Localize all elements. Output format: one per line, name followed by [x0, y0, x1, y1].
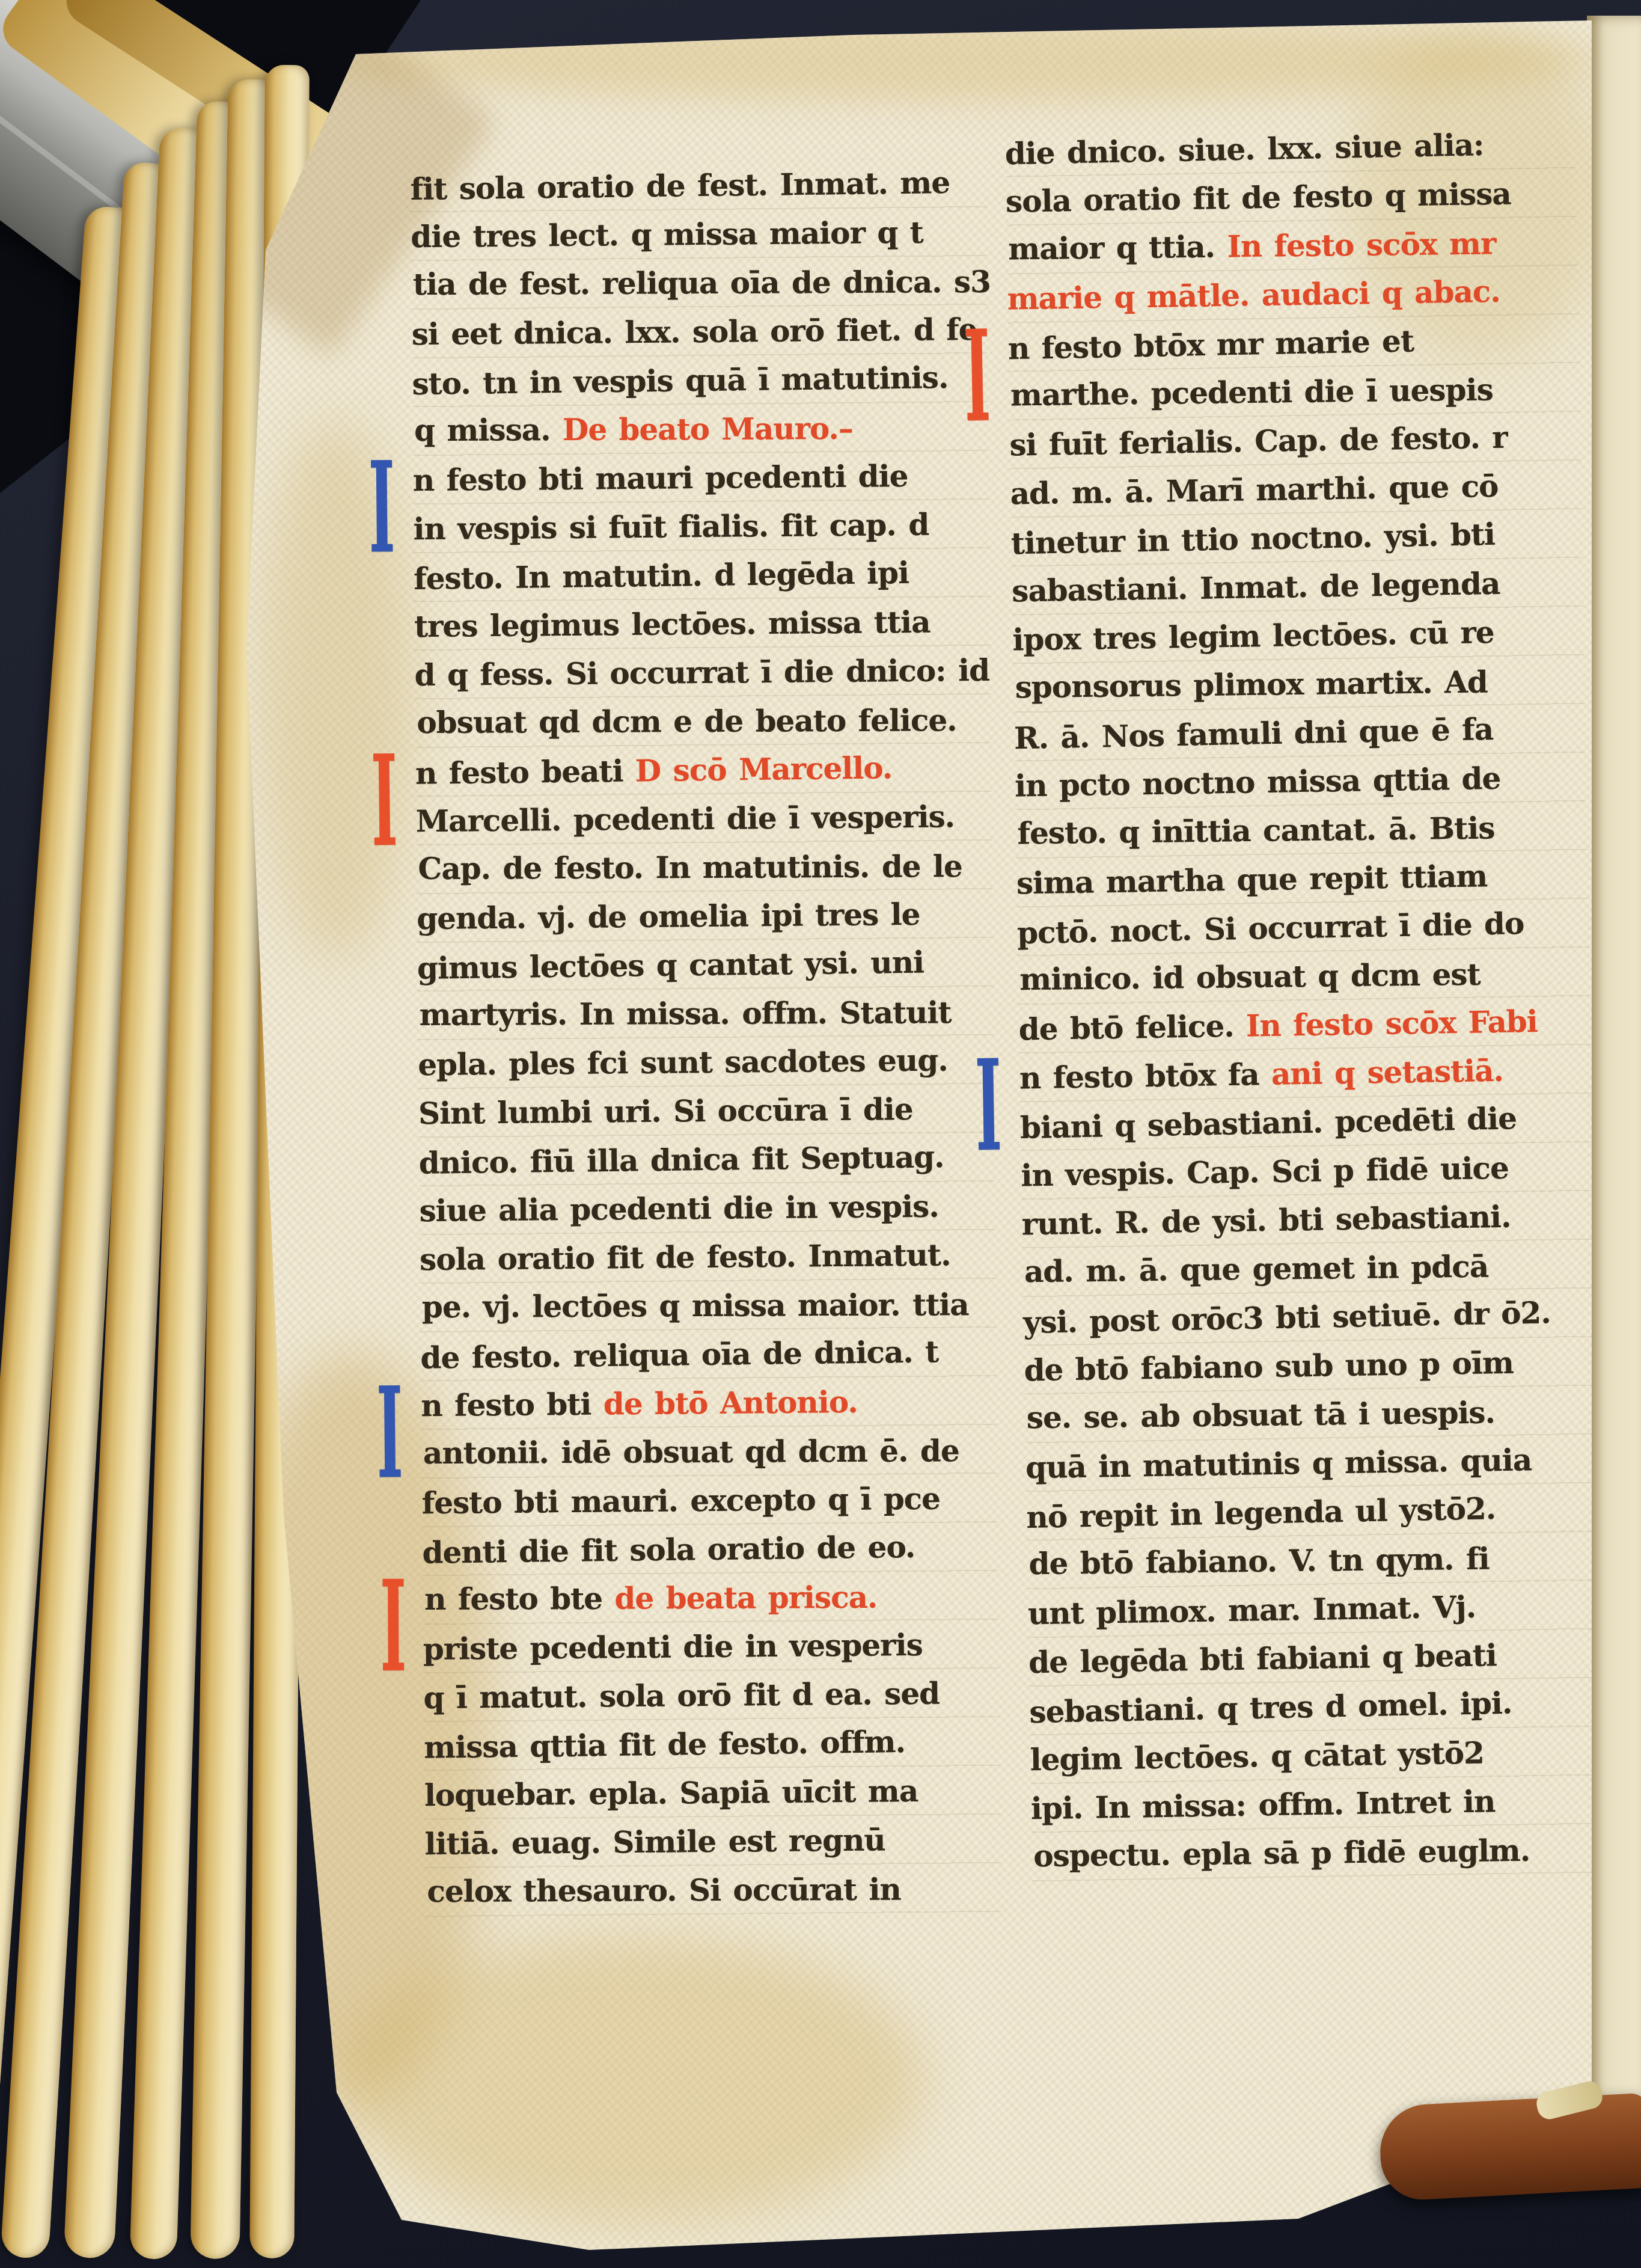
text-line: q ī matut. sola orō fit d ea. sed [423, 1669, 1000, 1722]
text-line: d q fess. Si occurrat ī die dnico: id [414, 646, 991, 699]
text-line: pctō. noct. Si occurrat ī die do [1016, 898, 1588, 957]
text-line: In festo btōx mr marie et [1007, 313, 1579, 373]
text-segment: minico. id obsuat q dcm est [1019, 957, 1481, 998]
leather-binding [1378, 2092, 1641, 2201]
text-segment: nō repit in legenda ul ystō2. [1026, 1491, 1496, 1535]
text-line: fit sola oratio de fest. Inmat. me [410, 158, 986, 213]
text-line: tia de fest. reliqua oīa de dnica. s3 [413, 257, 989, 308]
text-line: tres legimus lectōes. missa ttia [414, 597, 991, 651]
text-segment: q missa. [414, 412, 563, 448]
manuscript-photo: fit sola oratio de fest. Inmat. medie tr… [0, 0, 1641, 2268]
text-segment: sabastiani. Inmat. de legenda [1012, 566, 1500, 609]
text-segment: de btō Antonio. [604, 1384, 858, 1422]
text-segment: de btō felice. [1018, 1008, 1246, 1047]
text-segment: dnico. fiū illa dnica fit Septuag. [418, 1139, 944, 1181]
text-line: In festo bti de btō Antonio. [421, 1376, 997, 1430]
text-line: ad. m. ā. que gemet in pdcā [1024, 1241, 1596, 1296]
text-segment: antonii. idē obsuat qd dcm ē. de [423, 1433, 959, 1471]
text-segment: de legēda bti fabiani q beati [1028, 1637, 1497, 1680]
text-line: Sint lumbi uri. Si occūra ī die [418, 1084, 995, 1138]
text-segment: tinetur in ttio noctno. ysi. bti [1010, 516, 1495, 561]
text-line: de btō fabiano. V. tn qym. fi [1028, 1533, 1600, 1588]
text-line: unt plimox. mar. Inmat. Vj. [1027, 1580, 1599, 1638]
text-segment: d q fess. Si occurrat ī die dnico: id [414, 652, 989, 693]
text-line: maior q ttia. In festo scōx mr [1008, 218, 1580, 274]
text-segment: biani q sebastiani. pcedēti die [1020, 1100, 1517, 1145]
text-segment: in vespis si fuīt fialis. fit cap. d [413, 507, 929, 547]
text-segment: n festo bte [424, 1581, 615, 1617]
text-segment: pctō. noct. Si occurrat ī die do [1017, 906, 1524, 951]
text-segment: siue alia pcedenti die in vespis. [419, 1189, 939, 1229]
text-segment: n festo btōx mr marie et [1007, 323, 1414, 366]
text-segment: n festo beati [415, 753, 635, 791]
text-segment: In festo scōx mr [1227, 225, 1496, 264]
text-segment: loquebar. epla. Sapiā uīcit ma [424, 1773, 918, 1813]
text-segment: ysi. post orōc3 bti setiuē. dr ō2. [1023, 1295, 1551, 1340]
text-line: Marcelli. pcedenti die ī vesperis. [415, 792, 992, 845]
text-segment: q ī matut. sola orō fit d ea. sed [423, 1676, 940, 1715]
text-segment: de beata prisca. [614, 1580, 877, 1616]
text-segment: sponsorus plimox martix. Ad [1015, 664, 1488, 705]
text-segment: ipi. In missa: offm. Intret in [1031, 1783, 1496, 1826]
text-segment: Marcelli. pcedenti die ī vesperis. [416, 798, 955, 839]
text-line: celox thesauro. Si occūrat in [427, 1865, 1003, 1916]
text-segment: in vespis. Cap. Sci p fidē uice [1021, 1150, 1509, 1194]
text-line: loquebar. epla. Sapiā uīcit ma [424, 1766, 1001, 1819]
text-segment: unt plimox. mar. Inmat. Vj. [1027, 1589, 1476, 1632]
text-line: nō repit in legenda ul ystō2. [1026, 1482, 1598, 1542]
text-segment: marie q mātle. audaci q abac. [1007, 274, 1500, 317]
text-line: sponsorus plimox martix. Ad [1015, 657, 1586, 712]
text-line: se. se. ab obsuat tā i uespis. [1026, 1387, 1598, 1442]
text-line: die tres lect. q missa maior q t [411, 207, 987, 261]
text-segment: pe. vj. lectōes q missa maior. ttia [422, 1287, 969, 1325]
text-line: festo. In matutin. d legēda ipi [414, 547, 990, 603]
text-segment: marthe. pcedenti die ī uespis [1010, 372, 1493, 412]
illuminated-initial: I [376, 1379, 403, 1487]
text-line: de festo. reliqua oīa de dnica. t [420, 1326, 997, 1382]
text-segment: ad. m. ā. Marī marthi. que cō [1010, 468, 1499, 512]
text-line: ipi. In missa: offm. Intret in [1030, 1775, 1602, 1833]
text-segment: die dnico. siue. lxx. siue alia: [1004, 127, 1484, 171]
text-line: In festo bte de beata prisca. [424, 1572, 1000, 1623]
text-line: festo. q inīttia cantat. ā. Btis [1017, 803, 1589, 858]
text-segment: sto. tn in vespis quā ī matutinis. [412, 360, 949, 402]
text-segment: quā in matutinis q missa. quia [1025, 1442, 1532, 1485]
text-segment: epla. ples fci sunt sacdotes eug. [418, 1042, 948, 1082]
text-segment: tia de fest. reliqua oīa de dnica. s3 [413, 264, 991, 302]
text-segment: festo bti mauri. excepto q ī pce [421, 1481, 940, 1521]
text-segment: festo. In matutin. d legēda ipi [414, 555, 909, 596]
illuminated-initial: I [974, 1052, 1002, 1160]
text-segment: R. ā. Nos famuli dni que ē fa [1014, 711, 1494, 756]
illuminated-initial: I [371, 747, 398, 855]
text-segment: ipox tres legim lectōes. cū re [1012, 615, 1494, 658]
text-segment: fit sola oratio de fest. Inmat. me [410, 165, 950, 207]
text-segment: n festo bti mauri pcedenti die [413, 458, 908, 498]
text-segment: die tres lect. q missa maior q t [411, 215, 923, 254]
text-line: sola oratio fit de festo q missa [1005, 168, 1577, 226]
text-line: in vespis. Cap. Sci p fidē uice [1021, 1142, 1592, 1200]
text-line: siue alia pcedenti die in vespis. [419, 1182, 995, 1235]
text-line: In festo bti mauri pcedenti die [413, 451, 989, 504]
text-segment: martyris. In missa. offm. Statuit [420, 995, 952, 1032]
text-segment: maior q ttia. [1008, 228, 1227, 266]
text-line: de btō fabiano sub uno p oīm [1024, 1337, 1595, 1394]
text-line: in vespis si fuīt fialis. fit cap. d [413, 500, 989, 553]
text-line: minico. id obsuat q dcm est [1019, 949, 1591, 1004]
text-line: marthe. pcedenti die ī uespis [1010, 364, 1582, 420]
text-segment: obsuat qd dcm e de beato felice. [417, 702, 956, 740]
text-segment: runt. R. de ysi. bti sebastiani. [1021, 1199, 1511, 1242]
text-segment: se. se. ab obsuat tā i uespis. [1027, 1394, 1496, 1435]
text-line: dnico. fiū illa dnica fit Septuag. [418, 1132, 995, 1188]
text-line: In festo beati D scō Marcello. [415, 742, 992, 798]
text-segment: denti die fit sola oratio de eo. [422, 1529, 915, 1571]
text-line: legim lectōes. q cātat ystō2 [1030, 1726, 1601, 1784]
text-line: genda. vj. de omelia ipi tres le [417, 889, 993, 943]
text-column-right: die dnico. siue. lxx. siue alia:sola ora… [1004, 120, 1603, 1882]
text-segment: n festo bti [421, 1387, 604, 1424]
text-line: obsuat qd dcm e de beato felice. [417, 696, 992, 747]
text-segment: D scō Marcello. [635, 750, 893, 788]
text-line: q missa. De beato Mauro.– [414, 403, 990, 455]
text-segment: de btō fabiano. V. tn qym. fi [1028, 1541, 1489, 1582]
text-line: si eet dnica. lxx. sola orō fiet. d fe [411, 305, 988, 358]
text-segment: sola oratio fit de festo q missa [1006, 176, 1512, 219]
text-segment: genda. vj. de omelia ipi tres le [417, 896, 920, 936]
text-line: festo bti mauri. excepto q ī pce [421, 1474, 998, 1527]
text-segment: celox thesauro. Si occūrat in [427, 1872, 901, 1909]
text-line: antonii. idē obsuat qd dcm ē. de [423, 1426, 999, 1477]
text-segment: si eet dnica. lxx. sola orō fiet. d fe [412, 311, 977, 352]
text-line: Cap. de festo. In matutinis. de le [418, 842, 994, 893]
text-segment: priste pcedenti die in vesperis [423, 1627, 923, 1667]
text-segment: De beato Mauro.– [563, 411, 853, 447]
text-segment: ospectu. epla sā p fidē euglm. [1033, 1833, 1530, 1874]
text-line: sola oratio fit de festo. Inmatut. [420, 1230, 996, 1284]
text-segment: festo. q inīttia cantat. ā. Btis [1017, 810, 1494, 851]
text-line: ipox tres legim lectōes. cū re [1012, 607, 1584, 664]
text-segment: ani q setastiā. [1271, 1053, 1503, 1092]
text-line: denti die fit sola oratio de eo. [422, 1521, 998, 1577]
text-segment: litiā. euag. Simile est regnū [424, 1822, 885, 1862]
text-segment: missa qttia fit de festo. offm. [424, 1724, 905, 1765]
text-line: runt. R. de ysi. bti sebastiani. [1021, 1191, 1593, 1248]
text-line: missa qttia fit de festo. offm. [424, 1716, 1000, 1772]
text-column-left: fit sola oratio de fest. Inmat. medie tr… [410, 159, 1001, 1917]
text-line: in pcto noctno missa qttia de [1015, 753, 1586, 811]
text-segment: tres legimus lectōes. missa ttia [414, 604, 931, 644]
text-segment: sola oratio fit de festo. Inmatut. [420, 1237, 951, 1277]
illuminated-initial: I [380, 1572, 406, 1680]
text-segment: in pcto noctno missa qttia de [1015, 761, 1501, 804]
text-segment: ad. m. ā. que gemet in pdcā [1024, 1249, 1489, 1290]
text-segment: de festo. reliqua oīa de dnica. t [420, 1334, 938, 1376]
text-segment: In festo scōx Fabi [1246, 1004, 1538, 1044]
text-segment: n festo btōx fa [1019, 1056, 1272, 1096]
text-segment: sebastiani. q tres d omel. ipi. [1029, 1685, 1512, 1730]
text-line: litiā. euag. Simile est regnū [424, 1815, 1001, 1868]
text-line: pe. vj. lectōes q missa maior. ttia [422, 1280, 998, 1331]
text-segment: de btō fabiano sub uno p oīm [1024, 1345, 1514, 1388]
text-line: ospectu. epla sā p fidē euglm. [1033, 1825, 1605, 1880]
text-line: priste pcedenti die in vesperis [423, 1620, 1000, 1673]
text-segment: gimus lectōes q cantat ysi. uni [417, 945, 924, 986]
illuminated-initial: I [963, 322, 991, 431]
text-line: de btō felice. In festo scōx Fabi [1018, 996, 1590, 1054]
illuminated-initial: I [368, 453, 396, 562]
text-segment: si fuīt ferialis. Cap. de festo. r [1009, 420, 1508, 463]
text-line: sto. tn in vespis quā ī matutinis. [412, 352, 988, 408]
text-line: sabastiani. Inmat. de legenda [1012, 558, 1583, 616]
text-segment: sima martha que repit ttiam [1016, 858, 1487, 901]
facing-page-gutter [1587, 16, 1641, 2120]
text-line: epla. ples fci sunt sacdotes eug. [418, 1035, 994, 1089]
text-segment: Sint lumbi uri. Si occūra ī die [418, 1091, 913, 1131]
text-segment: Cap. de festo. In matutinis. de le [418, 848, 962, 886]
text-line: si fuīt ferialis. Cap. de festo. r [1009, 412, 1581, 470]
text-line: martyris. In missa. offm. Statuit [419, 988, 995, 1039]
parchment-stain [337, 1936, 926, 2225]
text-line: gimus lectōes q cantat ysi. uni [417, 937, 993, 993]
text-segment: legim lectōes. q cātat ystō2 [1030, 1735, 1484, 1777]
